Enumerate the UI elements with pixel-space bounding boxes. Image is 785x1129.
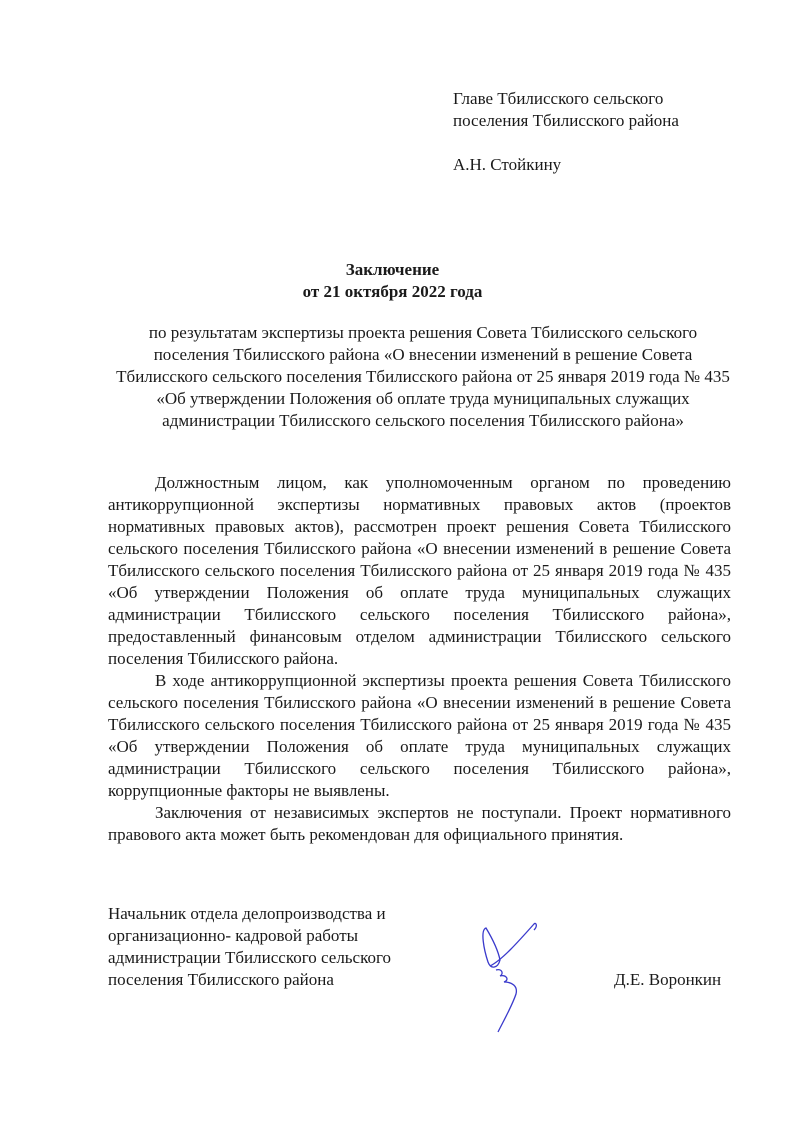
document-body: Должностным лицом, как уполномоченным ор… (108, 472, 731, 846)
title-heading: Заключение (0, 259, 785, 281)
document-subject: по результатам экспертизы проекта решени… (112, 322, 734, 432)
signer-name: Д.Е. Воронкин (614, 969, 721, 991)
document-page: Главе Тбилисского сельского поселения Тб… (0, 0, 785, 1129)
title-date: от 21 октября 2022 года (0, 281, 785, 303)
addressee-block: Главе Тбилисского сельского поселения Тб… (453, 88, 679, 176)
handwritten-signature-icon (478, 920, 548, 1035)
signer-position-line: администрации Тбилисского сельского (108, 947, 391, 969)
addressee-line-1: Главе Тбилисского сельского (453, 88, 679, 110)
signer-position: Начальник отдела делопроизводства и орга… (108, 903, 391, 991)
signer-position-line: организационно- кадровой работы (108, 925, 391, 947)
addressee-name: А.Н. Стойкину (453, 154, 679, 176)
signer-position-line: поселения Тбилисского района (108, 969, 391, 991)
addressee-line-2: поселения Тбилисского района (453, 110, 679, 132)
body-paragraph: Заключения от независимых экспертов не п… (108, 802, 731, 846)
document-title: Заключение от 21 октября 2022 года (0, 259, 785, 303)
body-paragraph: В ходе антикоррупционной экспертизы прое… (108, 670, 731, 802)
signer-position-line: Начальник отдела делопроизводства и (108, 903, 391, 925)
body-paragraph: Должностным лицом, как уполномоченным ор… (108, 472, 731, 670)
